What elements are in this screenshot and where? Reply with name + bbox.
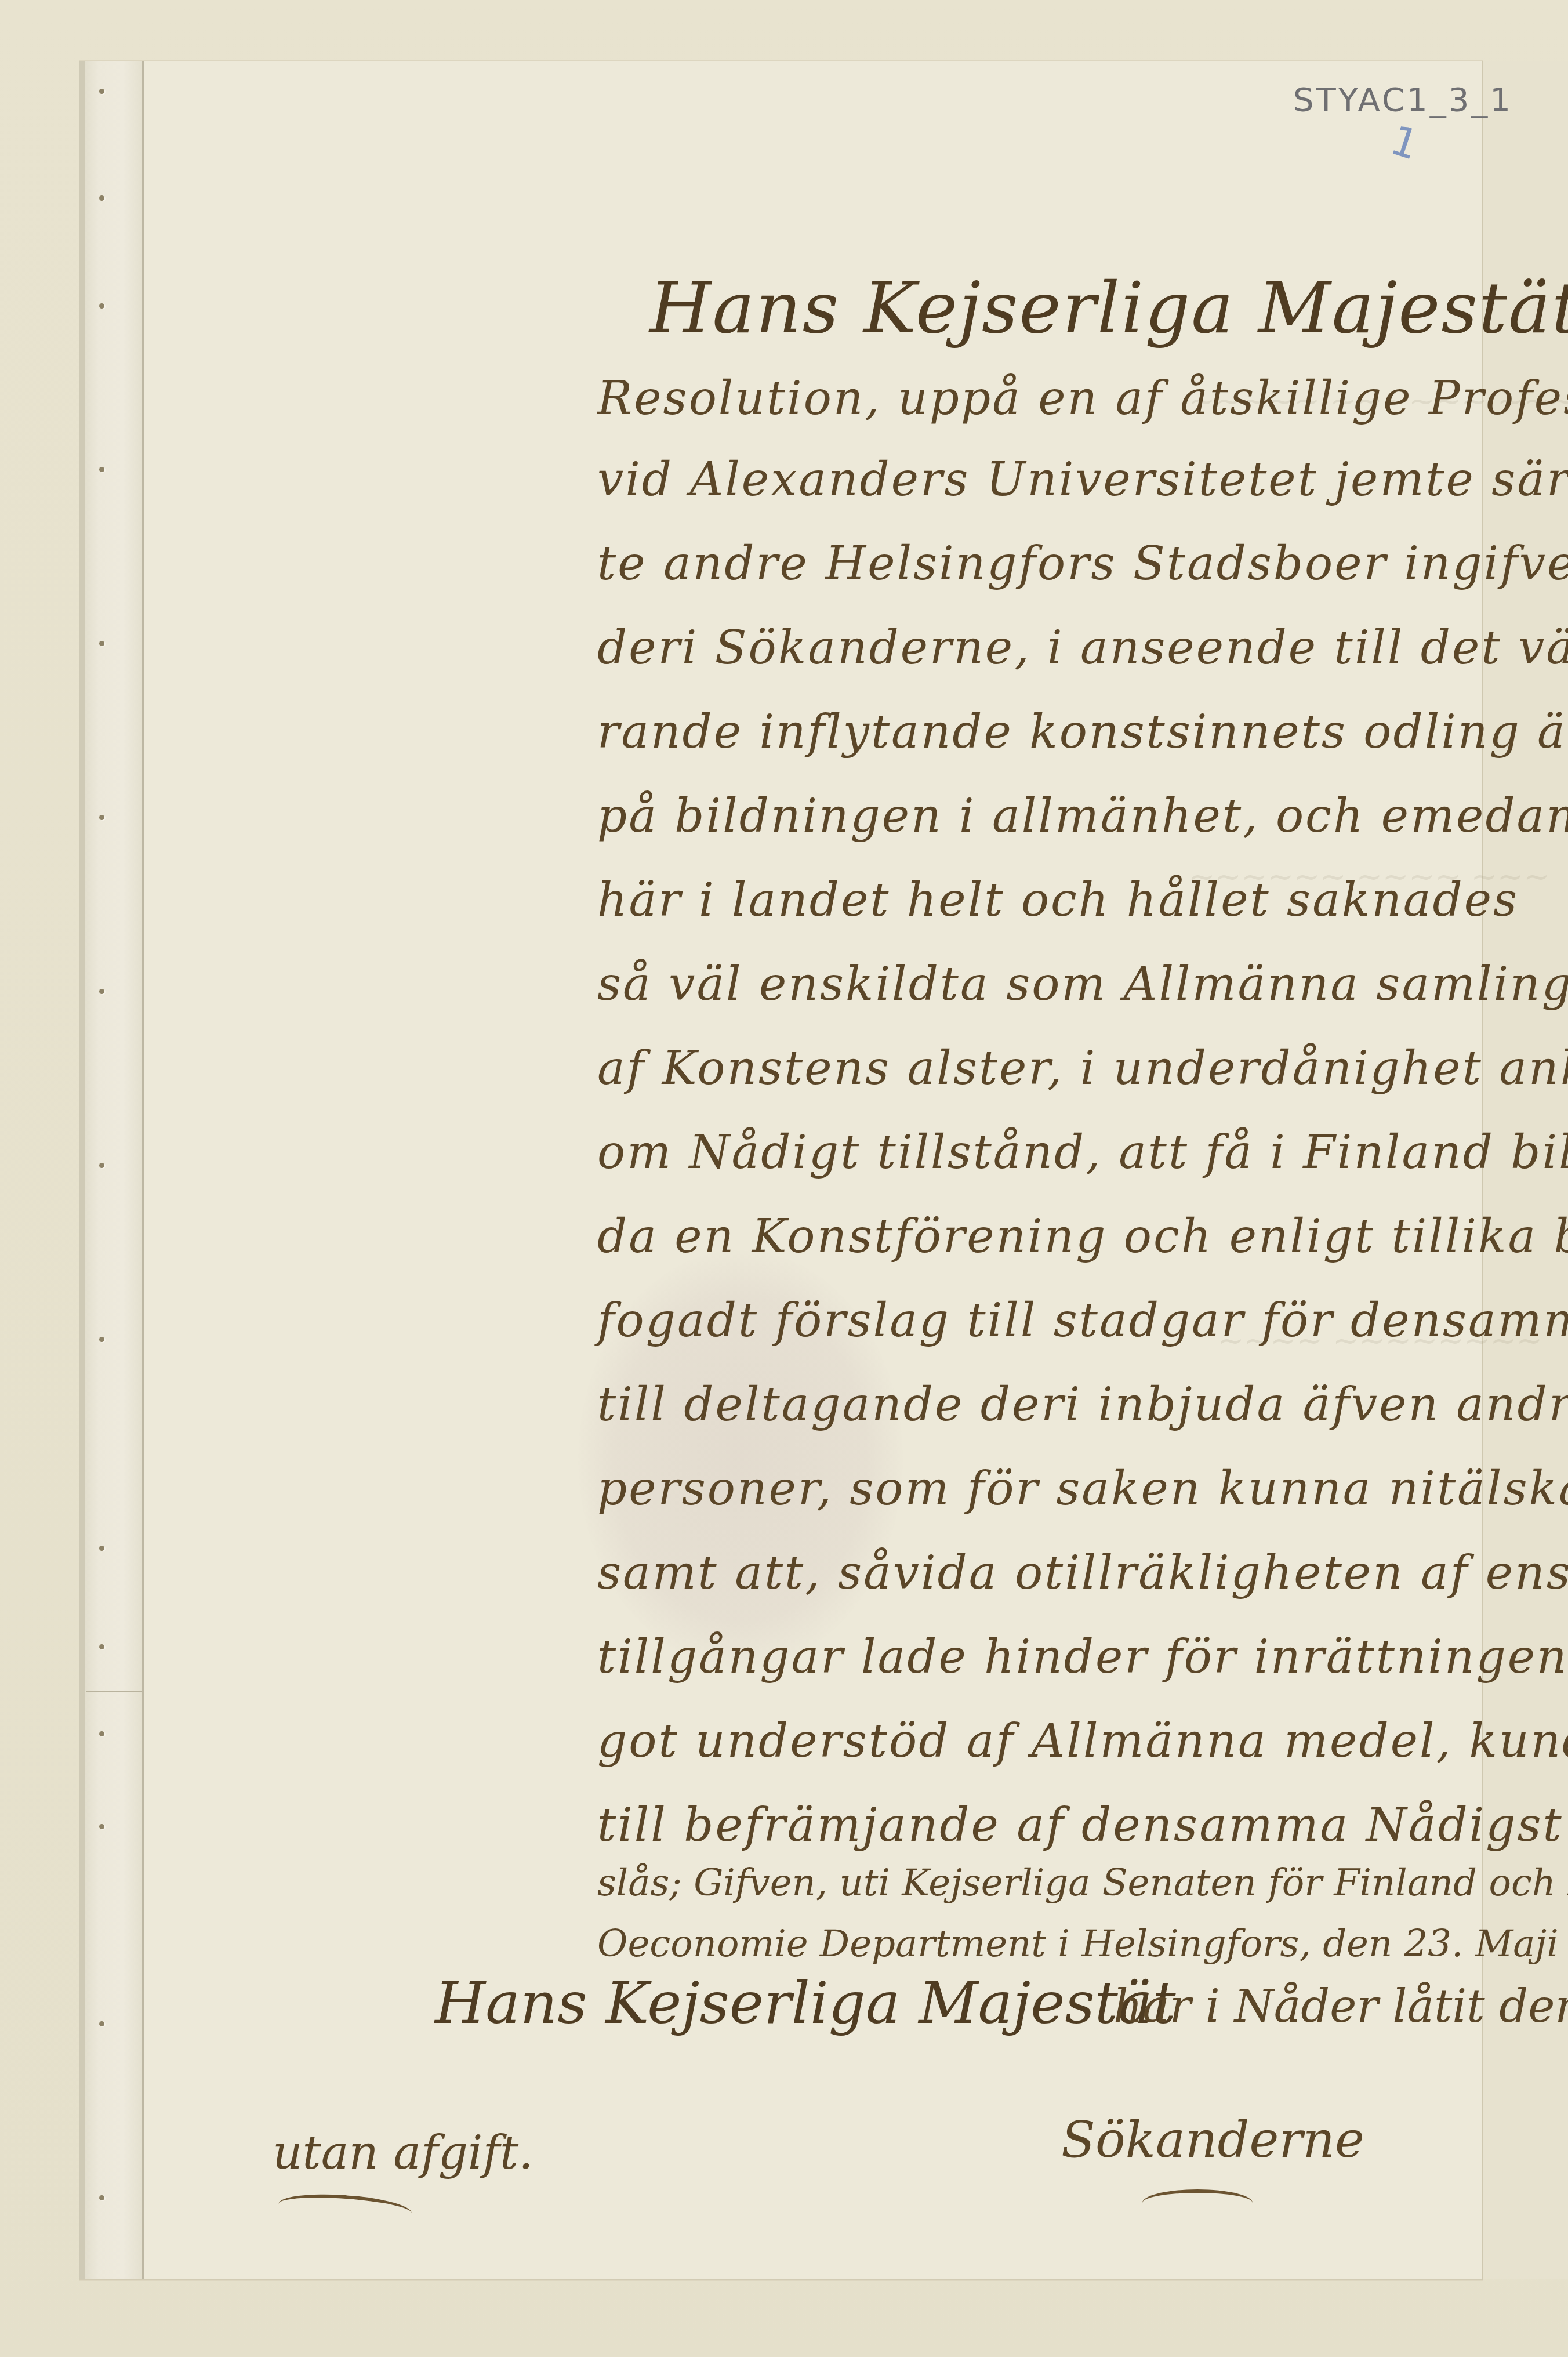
body-line: samt att, såvida otillräkligheten af ens… xyxy=(597,1546,1568,1600)
punch-hole-icon xyxy=(99,1731,104,1736)
punch-hole-icon xyxy=(99,641,104,646)
body-line: om Nådigt tillstånd, att få i Finland bi… xyxy=(597,1125,1568,1179)
closing-line-tail: har i Nåder låtit den xyxy=(1113,1981,1568,2033)
punch-hole-icon xyxy=(99,815,104,820)
body-line: vid Alexanders Universitetet jemte särsk… xyxy=(597,452,1568,506)
punch-hole-icon xyxy=(99,989,104,994)
punch-hole-icon xyxy=(99,1644,104,1649)
punch-hole-icon xyxy=(99,1337,104,1342)
punch-hole-icon xyxy=(99,303,104,309)
signature-word: Sökanderne xyxy=(1061,2111,1364,2169)
body-line: till deltagande deri inbjuda äfven andre xyxy=(597,1377,1568,1431)
closing-line-main: Hans Kejserliga Majestät xyxy=(435,1969,1176,2037)
body-line: fogadt förslag till stadgar för densamma… xyxy=(597,1293,1568,1347)
body-line: rande inflytande konstsinnets odling äge… xyxy=(597,705,1568,759)
body-line: da en Konstförening och enligt tillika b… xyxy=(597,1209,1568,1263)
punch-hole-icon xyxy=(99,2195,104,2200)
body-line: på bildningen i allmänhet, och emedan xyxy=(597,789,1568,843)
punch-hole-icon xyxy=(99,1824,104,1829)
body-line: deri Sökanderne, i anseende till det väl… xyxy=(597,621,1568,675)
body-line: tillgångar lade hinder för inrättningen,… xyxy=(597,1630,1568,1684)
binding-edge xyxy=(79,61,85,2279)
body-line: af Konstens alster, i underdånighet anhå… xyxy=(597,1041,1568,1095)
body-line: så väl enskildta som Allmänna samlingar xyxy=(597,957,1568,1011)
signature-flourish xyxy=(1142,2189,1253,2216)
binding-strip-joint xyxy=(86,1691,142,1692)
archive-reference-label: STYAC1_3_1 xyxy=(1293,81,1513,119)
body-line: till befrämjande af densamma Nådigst an- xyxy=(597,1798,1568,1852)
body-line: här i landet helt och hållet saknades xyxy=(597,873,1519,927)
binding-strip xyxy=(79,61,144,2279)
punch-hole-icon xyxy=(99,195,104,201)
punch-hole-icon xyxy=(99,89,104,94)
margin-note-fee: utan afgift. xyxy=(273,2126,533,2180)
punch-hole-icon xyxy=(99,2021,104,2026)
punch-hole-icon xyxy=(99,1546,104,1551)
body-line: te andre Helsingfors Stadsboer ingifven … xyxy=(597,536,1568,590)
body-line: slås; Gifven, uti Kejserliga Senaten för… xyxy=(597,1862,1568,1905)
punch-hole-icon xyxy=(99,467,104,472)
body-line: personer, som för saken kunna nitälska, xyxy=(597,1462,1568,1515)
document-heading: Hans Kejserliga Majestäts xyxy=(649,267,1568,349)
body-line: got understöd af Allmänna medel, kunde xyxy=(597,1714,1568,1768)
body-line: Oeconomie Department i Helsingfors, den … xyxy=(597,1923,1568,1966)
punch-hole-icon xyxy=(99,1163,104,1168)
body-line: Resolution, uppå en af åtskillige Profes… xyxy=(597,371,1568,425)
